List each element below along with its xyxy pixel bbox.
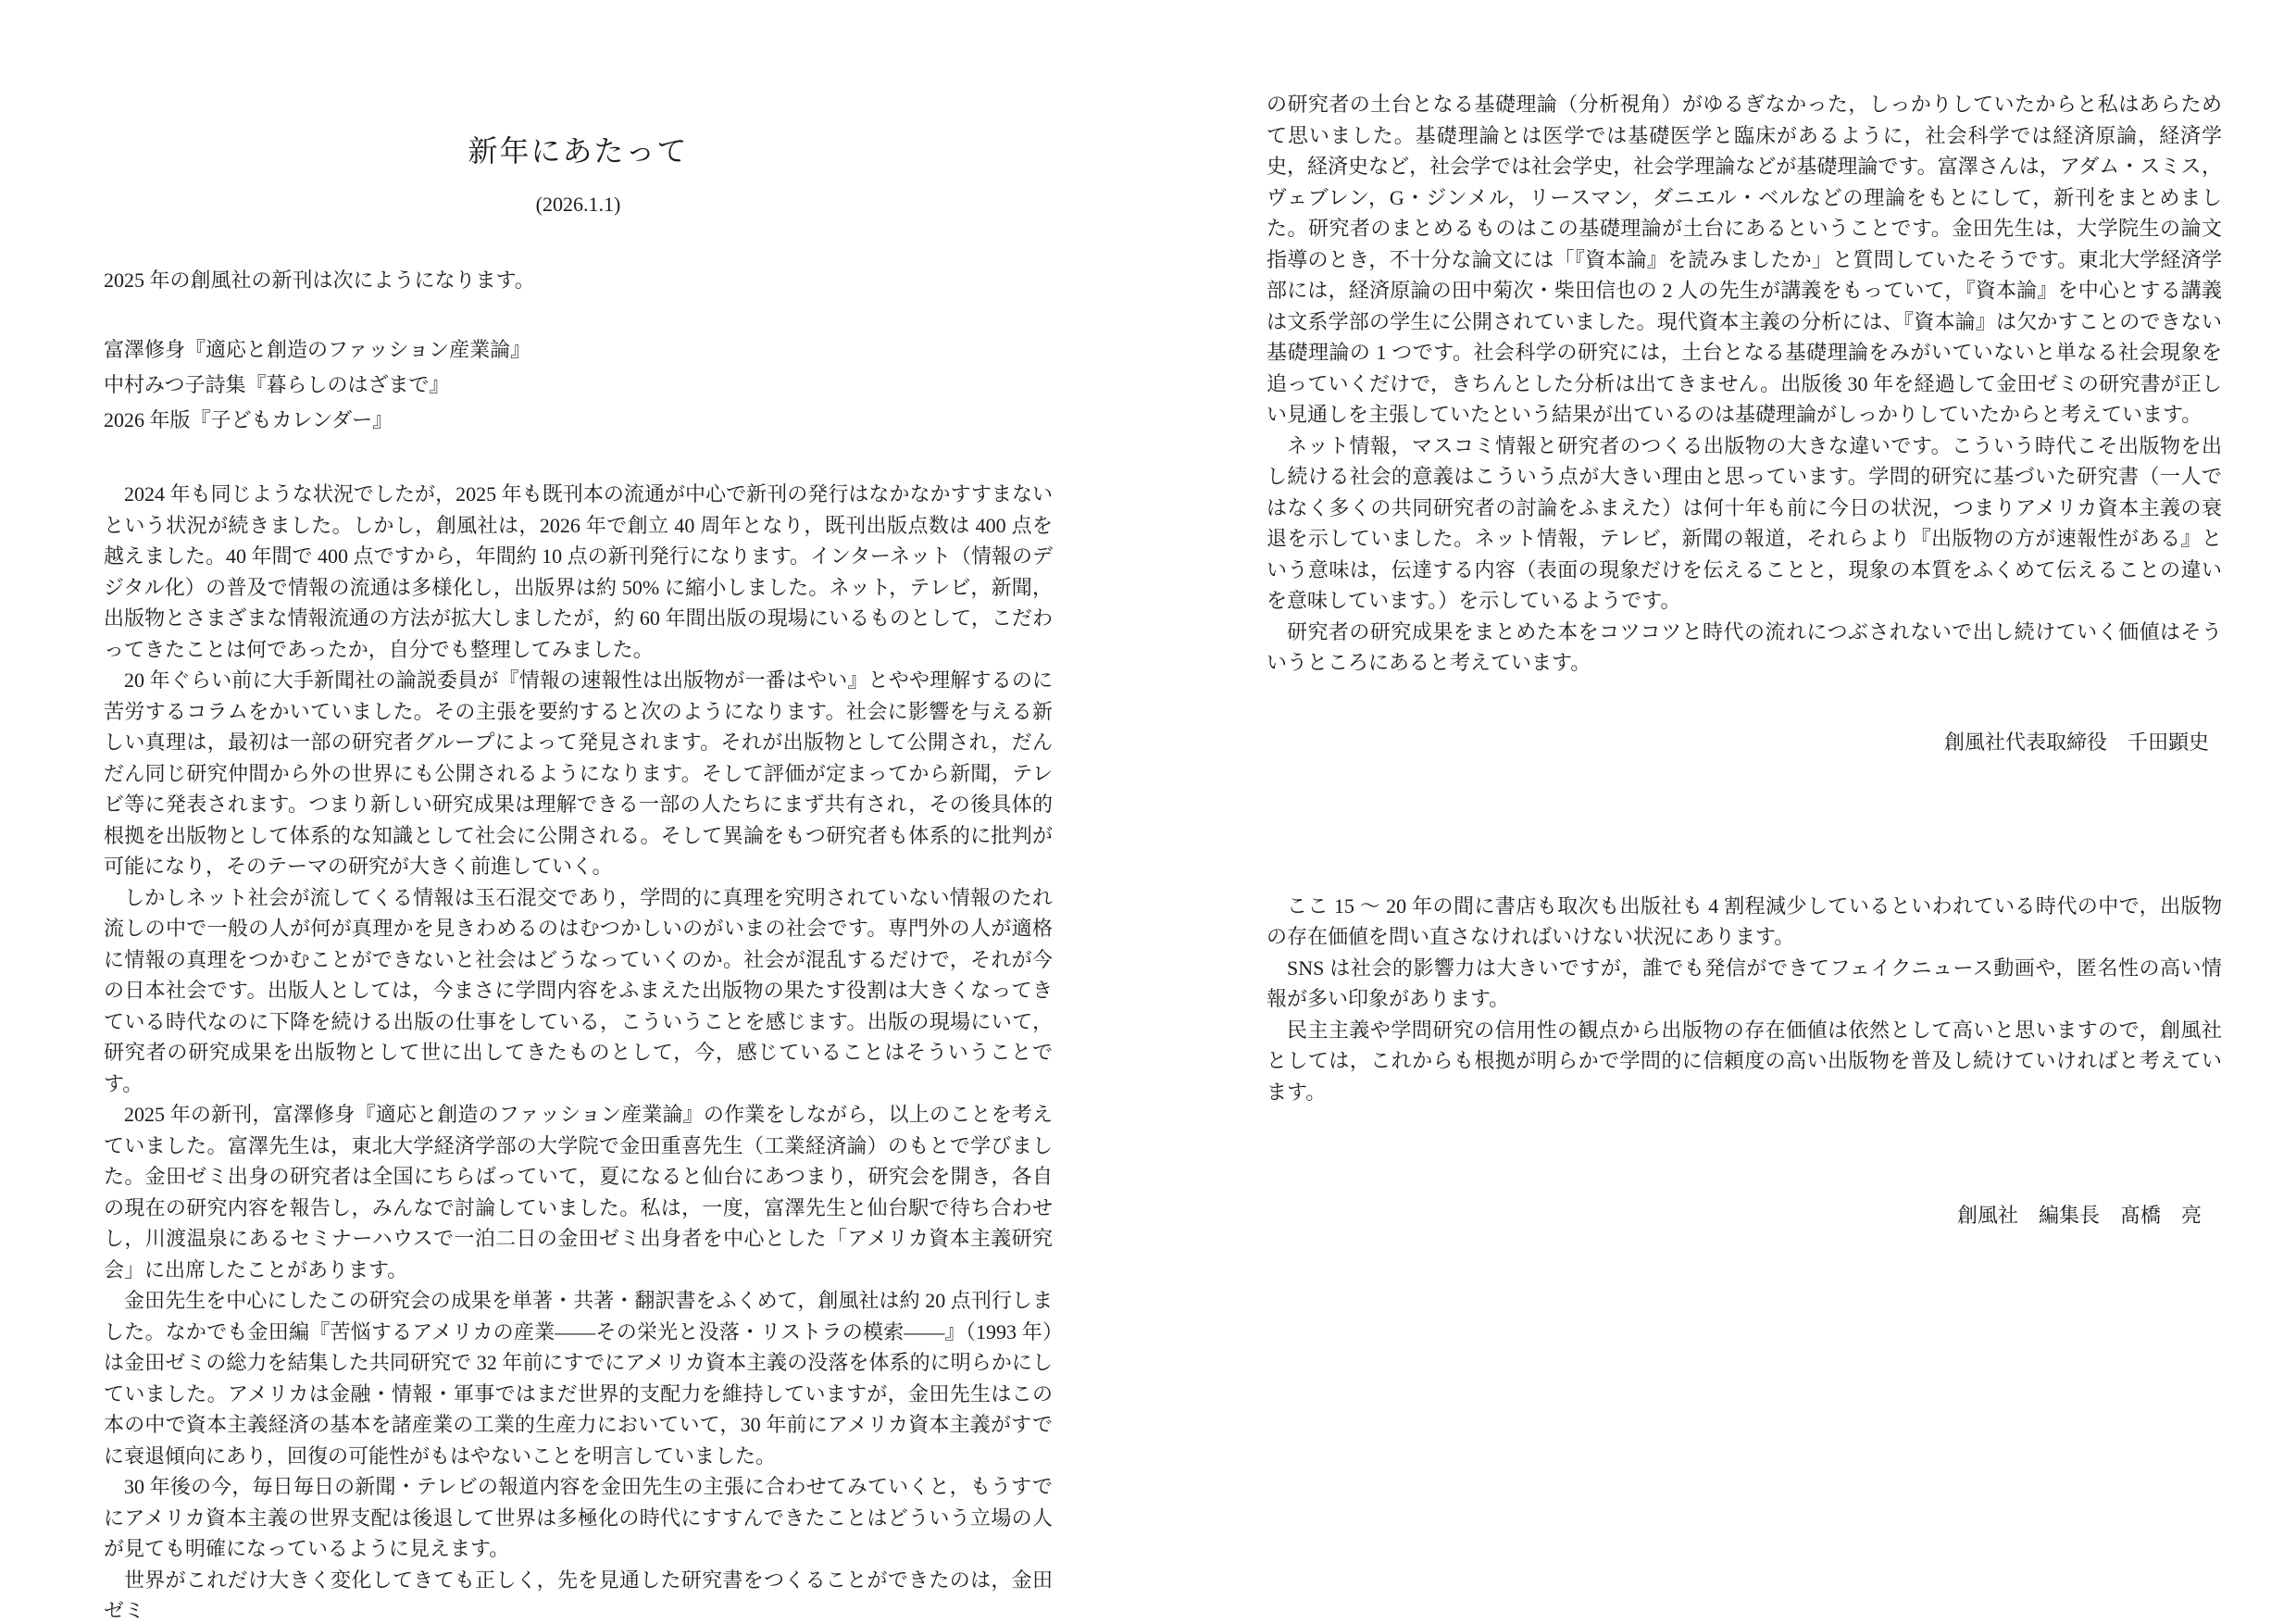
book-title: 2026 年版『子どもカレンダー』 xyxy=(104,403,1053,438)
paragraph-continuation: の研究者の土台となる基礎理論（分析視角）がゆるぎなかった，しっかりしていたからと… xyxy=(1267,89,2222,431)
paragraph: 研究者の研究成果をまとめた本をコツコツと時代の流れにつぶされないで出し続けていく… xyxy=(1267,617,2222,679)
paragraph: 30 年後の今，毎日毎日の新聞・テレビの報道内容を金田先生の主張に合わせてみてい… xyxy=(104,1471,1053,1565)
paragraph: 20 年ぐらい前に大手新聞社の論説委員が『情報の速報性は出版物が一番はやい』とや… xyxy=(104,665,1053,882)
paragraph: 金田先生を中心にしたこの研究会の成果を単著・共著・翻訳書をふくめて，創風社は約 … xyxy=(104,1285,1053,1471)
signature-president: 創風社代表取締役 千田顕史 xyxy=(1267,727,2222,756)
paragraph: ネット情報，マスコミ情報と研究者のつくる出版物の大きな違いです。こういう時代こそ… xyxy=(1267,431,2222,617)
paragraph: 2025 年の新刊，富澤修身『適応と創造のファッション産業論』の作業をしながら，… xyxy=(104,1099,1053,1285)
page-left: 新年にあたって (2026.1.1) 2025 年の創風社の新刊は次にようになり… xyxy=(0,0,1148,1624)
section-divider-space xyxy=(1267,756,2222,891)
new-book-list: 富澤修身『適応と創造のファッション産業論』 中村みつ子詩集『暮らしのはざまで』 … xyxy=(104,332,1053,438)
document-spread: 新年にあたって (2026.1.1) 2025 年の創風社の新刊は次にようになり… xyxy=(0,0,2296,1624)
book-title: 富澤修身『適応と創造のファッション産業論』 xyxy=(104,332,1053,368)
paragraph: しかしネット社会が流してくる情報は玉石混交であり，学問的に真理を究明されていない… xyxy=(104,882,1053,1100)
intro-line: 2025 年の創風社の新刊は次にようになります。 xyxy=(104,265,1053,295)
paragraph: 民主主義や学問研究の信用性の観点から出版物の存在価値は依然として高いと思いますの… xyxy=(1267,1015,2222,1108)
signature-editor: 創風社 編集長 髙橋 亮 xyxy=(1267,1200,2222,1229)
paragraph: ここ 15 ～ 20 年の間に書店も取次も出版社も 4 割程減少しているといわれ… xyxy=(1267,891,2222,953)
paragraph: 2024 年も同じような状況でしたが，2025 年も既刊本の流通が中心で新刊の発… xyxy=(104,479,1053,665)
paragraph: SNS は社会的影響力は大きいですが，誰でも発信ができてフェイクニュース動画や，… xyxy=(1267,953,2222,1015)
page-right: の研究者の土台となる基礎理論（分析視角）がゆるぎなかった，しっかりしていたからと… xyxy=(1148,0,2296,1624)
paragraph: 世界がこれだけ大きく変化してきても正しく，先を見通した研究書をつくることができた… xyxy=(104,1565,1053,1624)
date-line: (2026.1.1) xyxy=(104,193,1053,217)
book-title: 中村みつ子詩集『暮らしのはざまで』 xyxy=(104,368,1053,403)
page-title: 新年にあたって xyxy=(104,128,1053,170)
